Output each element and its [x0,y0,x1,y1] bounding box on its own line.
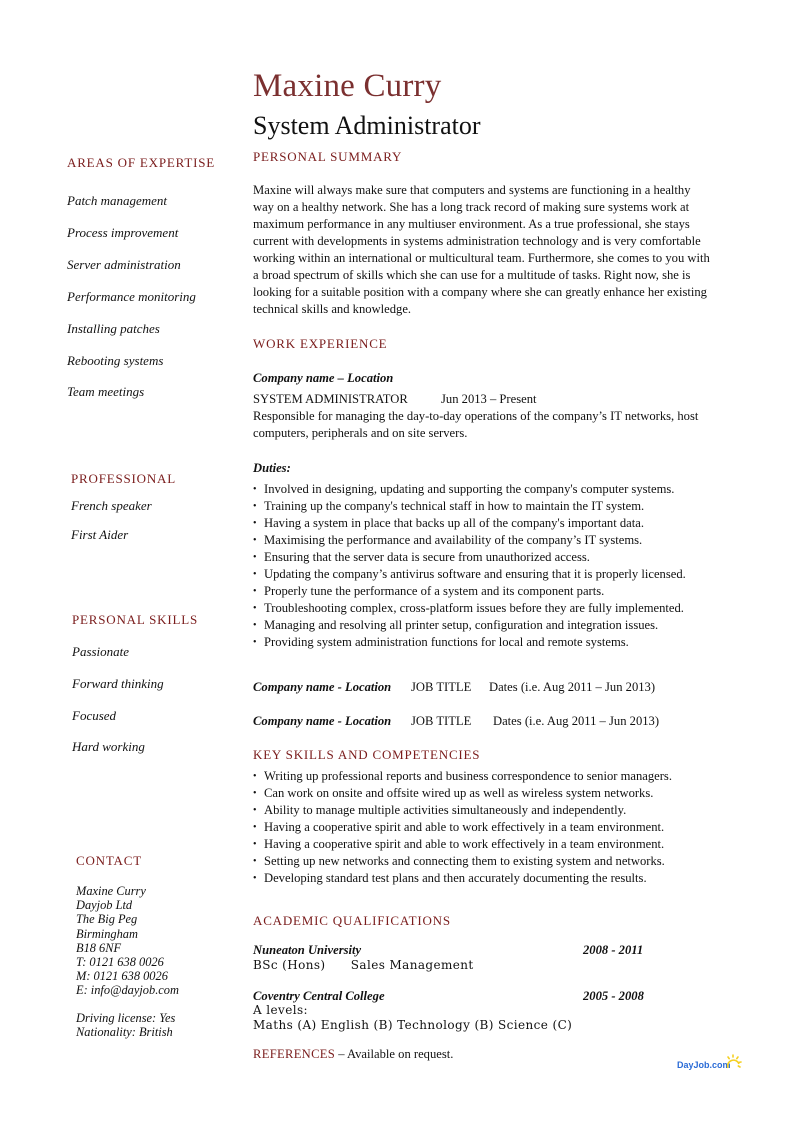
personal-skill-item: Passionate [72,644,129,660]
contact-mobile: M: 0121 638 0026 [76,969,179,983]
professional-heading: PROFESSIONAL [71,471,176,487]
personal-summary-text: Maxine will always make sure that comput… [253,182,713,318]
duties-label: Duties: [253,460,291,477]
institution-years: 2008 - 2011 [583,942,643,959]
contact-telephone: T: 0121 638 0026 [76,955,179,969]
key-skill-item: Writing up professional reports and busi… [253,768,672,785]
expertise-item: Rebooting systems [67,353,163,369]
personal-skill-item: Hard working [72,739,145,755]
previous-company: Company name - Location [253,679,391,696]
expertise-item: Process improvement [67,225,178,241]
key-skill-item: Ability to manage multiple activities si… [253,802,672,819]
key-skill-item: Can work on onsite and offsite wired up … [253,785,672,802]
references: REFERENCES – Available on request. [253,1046,453,1063]
key-skill-item: Having a cooperative spirit and able to … [253,819,672,836]
contact-email[interactable]: E: info@dayjob.com [76,983,179,997]
duty-item: Training up the company's technical staf… [253,498,686,515]
contact-postcode: B18 6NF [76,941,179,955]
sun-icon [724,1054,742,1072]
duty-item: Troubleshooting complex, cross-platform … [253,600,686,617]
key-skill-item: Having a cooperative spirit and able to … [253,836,672,853]
contact-heading: CONTACT [76,853,142,869]
duty-item: Involved in designing, updating and supp… [253,481,686,498]
contact-details: Maxine Curry Dayjob Ltd The Big Peg Birm… [76,884,179,1039]
professional-item: First Aider [71,527,128,543]
previous-job-dates: Dates (i.e. Aug 2011 – Jun 2013) [493,713,659,730]
references-text: – Available on request. [335,1047,453,1061]
personal-skill-item: Forward thinking [72,676,164,692]
duty-item: Properly tune the performance of a syste… [253,583,686,600]
references-heading: REFERENCES [253,1047,335,1061]
duty-item: Providing system administration function… [253,634,686,651]
duty-item: Updating the company’s antivirus softwar… [253,566,686,583]
key-skill-item: Developing standard test plans and then … [253,870,672,887]
driving-license: Driving license: Yes [76,1011,179,1025]
previous-job-title: JOB TITLE [411,713,471,730]
qualification-line: A levels: [253,1003,308,1017]
personal-summary-heading: PERSONAL SUMMARY [253,149,402,165]
work-experience-heading: WORK EXPERIENCE [253,336,387,352]
institution-name: Nuneaton University [253,942,361,959]
current-company: Company name – Location [253,370,393,387]
candidate-name: Maxine Curry [253,68,441,105]
duties-list: Involved in designing, updating and supp… [253,481,686,651]
duty-item: Managing and resolving all printer setup… [253,617,686,634]
nationality: Nationality: British [76,1025,179,1039]
duty-item: Ensuring that the server data is secure … [253,549,686,566]
personal-skill-item: Focused [72,708,116,724]
key-skills-list: Writing up professional reports and busi… [253,768,672,887]
expertise-item: Performance monitoring [67,289,196,305]
contact-name: Maxine Curry [76,884,179,898]
personal-skills-heading: PERSONAL SKILLS [72,612,198,628]
duty-item: Maximising the performance and availabil… [253,532,686,549]
contact-company: Dayjob Ltd [76,898,179,912]
expertise-item: Server administration [67,257,181,273]
institution-years: 2005 - 2008 [583,988,644,1005]
previous-job-title: JOB TITLE [411,679,471,696]
current-job-description: Responsible for managing the day-to-day … [253,408,713,442]
expertise-item: Team meetings [67,384,144,400]
contact-city: Birmingham [76,927,179,941]
previous-job-dates: Dates (i.e. Aug 2011 – Jun 2013) [489,679,655,696]
qualification-grades: Maths (A) English (B) Technology (B) Sci… [253,1018,572,1032]
duty-item: Having a system in place that backs up a… [253,515,686,532]
professional-item: French speaker [71,498,152,514]
dayjob-logo[interactable]: DayJob.com [677,1060,731,1070]
areas-of-expertise-heading: AREAS OF EXPERTISE [67,155,215,171]
previous-company: Company name - Location [253,713,391,730]
current-job-dates: Jun 2013 – Present [441,391,537,408]
expertise-item: Installing patches [67,321,160,337]
key-skill-item: Setting up new networks and connecting t… [253,853,672,870]
qualification-line: BSc (Hons) Sales Management [253,958,474,972]
current-job-title: SYSTEM ADMINISTRATOR [253,391,408,408]
key-skills-heading: KEY SKILLS AND COMPETENCIES [253,747,480,763]
academic-heading: ACADEMIC QUALIFICATIONS [253,913,451,929]
contact-address-1: The Big Peg [76,912,179,926]
job-title: System Administrator [253,111,481,141]
expertise-item: Patch management [67,193,167,209]
